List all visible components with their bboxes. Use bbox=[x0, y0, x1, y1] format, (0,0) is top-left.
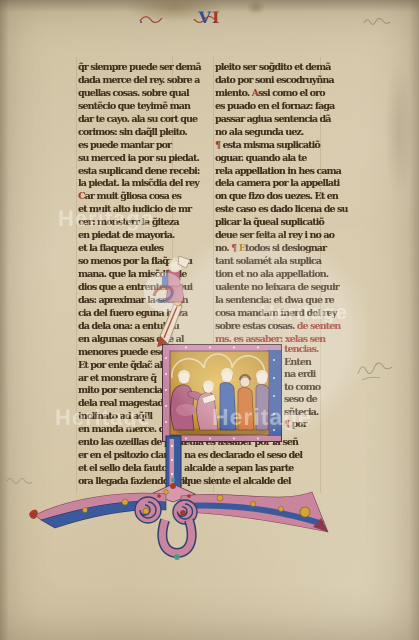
text-segment: no. bbox=[215, 243, 231, 254]
text-segment: Enten bbox=[284, 357, 311, 368]
text-segment: en piedat de mayoria. bbox=[78, 230, 174, 241]
text-line: ¶ esta misma suplicatiõ bbox=[215, 140, 321, 153]
marginal-drollery-figure-icon bbox=[152, 256, 196, 352]
text-line: en piedat de mayoria. bbox=[78, 230, 174, 243]
text-line: su merced ia por su piedat. bbox=[78, 153, 174, 166]
text-segment: tencias. bbox=[284, 344, 318, 355]
historiated-initial-miniature bbox=[162, 344, 282, 442]
text-line: Enten bbox=[284, 357, 322, 370]
text-line: Et por ente q̃dac̃ algio bbox=[78, 360, 174, 373]
text-segment: esta suplicand dene recebi: bbox=[78, 166, 199, 177]
heading-flourish-left-icon bbox=[138, 14, 164, 26]
text-line: tion et no ala appellation. bbox=[215, 269, 321, 282]
text-line: sobre estas cosas. de senten bbox=[215, 321, 321, 334]
text-line: miento. Assi como el oro bbox=[215, 88, 321, 101]
text-segment: tant solamét ala suplica bbox=[215, 256, 321, 267]
text-line: ualente no leixara de seguir bbox=[215, 282, 321, 295]
text-segment: inclinato ad aq̃ill bbox=[78, 411, 152, 422]
text-line: ar et monstrare q̃ bbox=[78, 373, 174, 386]
text-line: cosa mandam ĩnerd del rey bbox=[215, 308, 321, 321]
text-segment: dar te cayo. ala su cort que bbox=[78, 114, 197, 125]
text-segment: to como bbox=[284, 382, 320, 393]
text-line: to como bbox=[284, 382, 322, 395]
text-line: corimos: sin daq̃ll pleito. bbox=[78, 127, 174, 140]
text-segment: todos si desiognar bbox=[245, 243, 326, 254]
text-segment: ualente no leixara de seguir bbox=[215, 282, 339, 293]
text-segment: pleito ser sog̃dito et demã bbox=[215, 62, 331, 73]
text-segment: sobre estas cosas. bbox=[215, 321, 297, 332]
text-segment: ¶ bbox=[215, 140, 223, 151]
standing-figure-violet bbox=[256, 370, 269, 430]
text-segment: dada merce del rey. sobre a bbox=[78, 75, 199, 86]
text-line: seso de bbox=[284, 394, 322, 407]
text-segment: es puado en el fornaz: faga bbox=[215, 101, 334, 112]
text-segment: dato por soni escodruyñna bbox=[215, 75, 334, 86]
text-segment: na erdi bbox=[284, 369, 315, 380]
pencil-annotation-left-margin bbox=[6, 474, 34, 486]
text-line: mito por sentencia bbox=[78, 385, 174, 398]
text-line: et la flaqueza eules bbox=[78, 243, 174, 256]
right-column-top: pleito ser sog̃dito et demãdato por soni… bbox=[215, 62, 321, 347]
text-line: este caso es dado licena de su bbox=[215, 204, 321, 217]
text-segment: es puede mantar por bbox=[78, 140, 171, 151]
text-line: deue ser feita al rey i no ao bbox=[215, 230, 321, 243]
pencil-annotation-right-margin bbox=[356, 356, 396, 384]
right-column-beside-miniature: tencias.Entenna erdito comoseso desñteci… bbox=[284, 344, 322, 432]
text-segment: esta misma suplicatiõ bbox=[223, 140, 320, 151]
text-segment: q̃r siempre puede ser demã bbox=[78, 62, 201, 73]
text-segment: la piedat. la misc̃dia del rey bbox=[78, 178, 199, 189]
text-line: tencias. bbox=[284, 344, 322, 357]
text-segment: su merced ia por su piedat. bbox=[78, 153, 199, 164]
parchment-gutter-shadow bbox=[0, 0, 9, 640]
text-segment: quellas cosas. sobre qual bbox=[78, 88, 189, 99]
text-segment: ¶ bbox=[284, 419, 292, 430]
text-line: inclinato ad aq̃ill bbox=[78, 411, 174, 424]
text-line: plicar la q̃ueal suplicatiõ bbox=[215, 217, 321, 230]
manuscript-page: VI q̃r siempre puede ser demãdada merce … bbox=[0, 0, 419, 640]
text-segment: plicar la q̃ueal suplicatiõ bbox=[215, 217, 324, 228]
text-segment: este caso es dado licena de su bbox=[215, 204, 348, 215]
text-line: dato por soni escodruyñna bbox=[215, 75, 321, 88]
text-segment: deue ser feita al rey i no ao bbox=[215, 230, 334, 241]
parchment-edge-shadow bbox=[409, 0, 419, 640]
text-segment: de senten bbox=[297, 321, 341, 332]
text-line: passar agiua sentencia dã bbox=[215, 114, 321, 127]
text-line: no. ¶ Etodos si desiognar bbox=[215, 243, 321, 256]
text-segment: ar muit g̃liosa cosa es bbox=[85, 191, 181, 202]
text-segment: passar agiua sentencia dã bbox=[215, 114, 331, 125]
text-segment: dela camera por la appellati bbox=[215, 178, 339, 189]
text-line: es puado en el fornaz: faga bbox=[215, 101, 321, 114]
text-segment: cosa mandam ĩnerd del rey bbox=[215, 308, 336, 319]
text-segment: no ala segunda uez. bbox=[215, 127, 303, 138]
text-line: rela appellation in hes cama bbox=[215, 166, 321, 179]
text-segment: on que fizo dos uezes. Et en bbox=[215, 191, 338, 202]
text-line: quellas cosas. sobre qual bbox=[78, 88, 174, 101]
text-line: Car muit g̃liosa cosa es bbox=[78, 191, 174, 204]
text-line: la sentencia: et dwa que re bbox=[215, 295, 321, 308]
text-line: la piedat. la misc̃dia del rey bbox=[78, 178, 174, 191]
text-line: na erdi bbox=[284, 369, 322, 382]
text-line: dar te cayo. ala su cort que bbox=[78, 114, 174, 127]
text-segment: sentẽcio que teyimẽ man bbox=[78, 101, 190, 112]
initial-descender-flourish bbox=[25, 430, 365, 562]
text-line: pleito ser sog̃dito et demã bbox=[215, 62, 321, 75]
text-segment: corimos: sin daq̃ll pleito. bbox=[78, 127, 187, 138]
text-line: dada merce del rey. sobre a bbox=[78, 75, 174, 88]
text-line: on que fizo dos uezes. Et en bbox=[215, 191, 321, 204]
text-segment: seso de bbox=[284, 394, 317, 405]
text-line: es puede mantar por bbox=[78, 140, 174, 153]
text-segment: mito por sentencia bbox=[78, 385, 162, 396]
text-line: oguar. quando ala te bbox=[215, 153, 321, 166]
text-line: dela real magestad de bbox=[78, 398, 174, 411]
text-segment: tion et no ala appellation. bbox=[215, 269, 328, 280]
text-segment: miento. bbox=[215, 88, 252, 99]
text-segment: et la flaqueza eules bbox=[78, 243, 163, 254]
ruling-line bbox=[76, 57, 77, 493]
text-segment: ar et monstrare q̃ bbox=[78, 373, 156, 384]
pencil-annotation-top-right bbox=[362, 14, 392, 28]
text-line: esta suplicand dene recebi: bbox=[78, 166, 174, 179]
text-line: sentẽcio que teyimẽ man bbox=[78, 101, 174, 114]
text-segment: cer: monsterr la g̃iteza bbox=[78, 217, 179, 228]
text-segment: rela appellation in hes cama bbox=[215, 166, 341, 177]
text-segment: oguar. quando ala te bbox=[215, 153, 306, 164]
text-segment: et muit alto iudicio de mr bbox=[78, 204, 191, 215]
heading-flourish-right-icon bbox=[192, 14, 218, 26]
text-segment: sñtecia. bbox=[284, 407, 318, 418]
text-line: sñtecia. bbox=[284, 407, 322, 420]
text-line: et muit alto iudicio de mr bbox=[78, 204, 174, 217]
text-segment: C bbox=[78, 191, 85, 202]
text-line: q̃r siempre puede ser demã bbox=[78, 62, 174, 75]
text-line: no ala segunda uez. bbox=[215, 127, 321, 140]
text-segment: por bbox=[292, 419, 307, 430]
text-segment: ssi como el oro bbox=[258, 88, 325, 99]
text-segment: ¶ bbox=[231, 243, 239, 254]
text-line: cer: monsterr la g̃iteza bbox=[78, 217, 174, 230]
text-line: tant solamét ala suplica bbox=[215, 256, 321, 269]
text-line: dela camera por la appellati bbox=[215, 178, 321, 191]
text-segment: la sentencia: et dwa que re bbox=[215, 295, 334, 306]
